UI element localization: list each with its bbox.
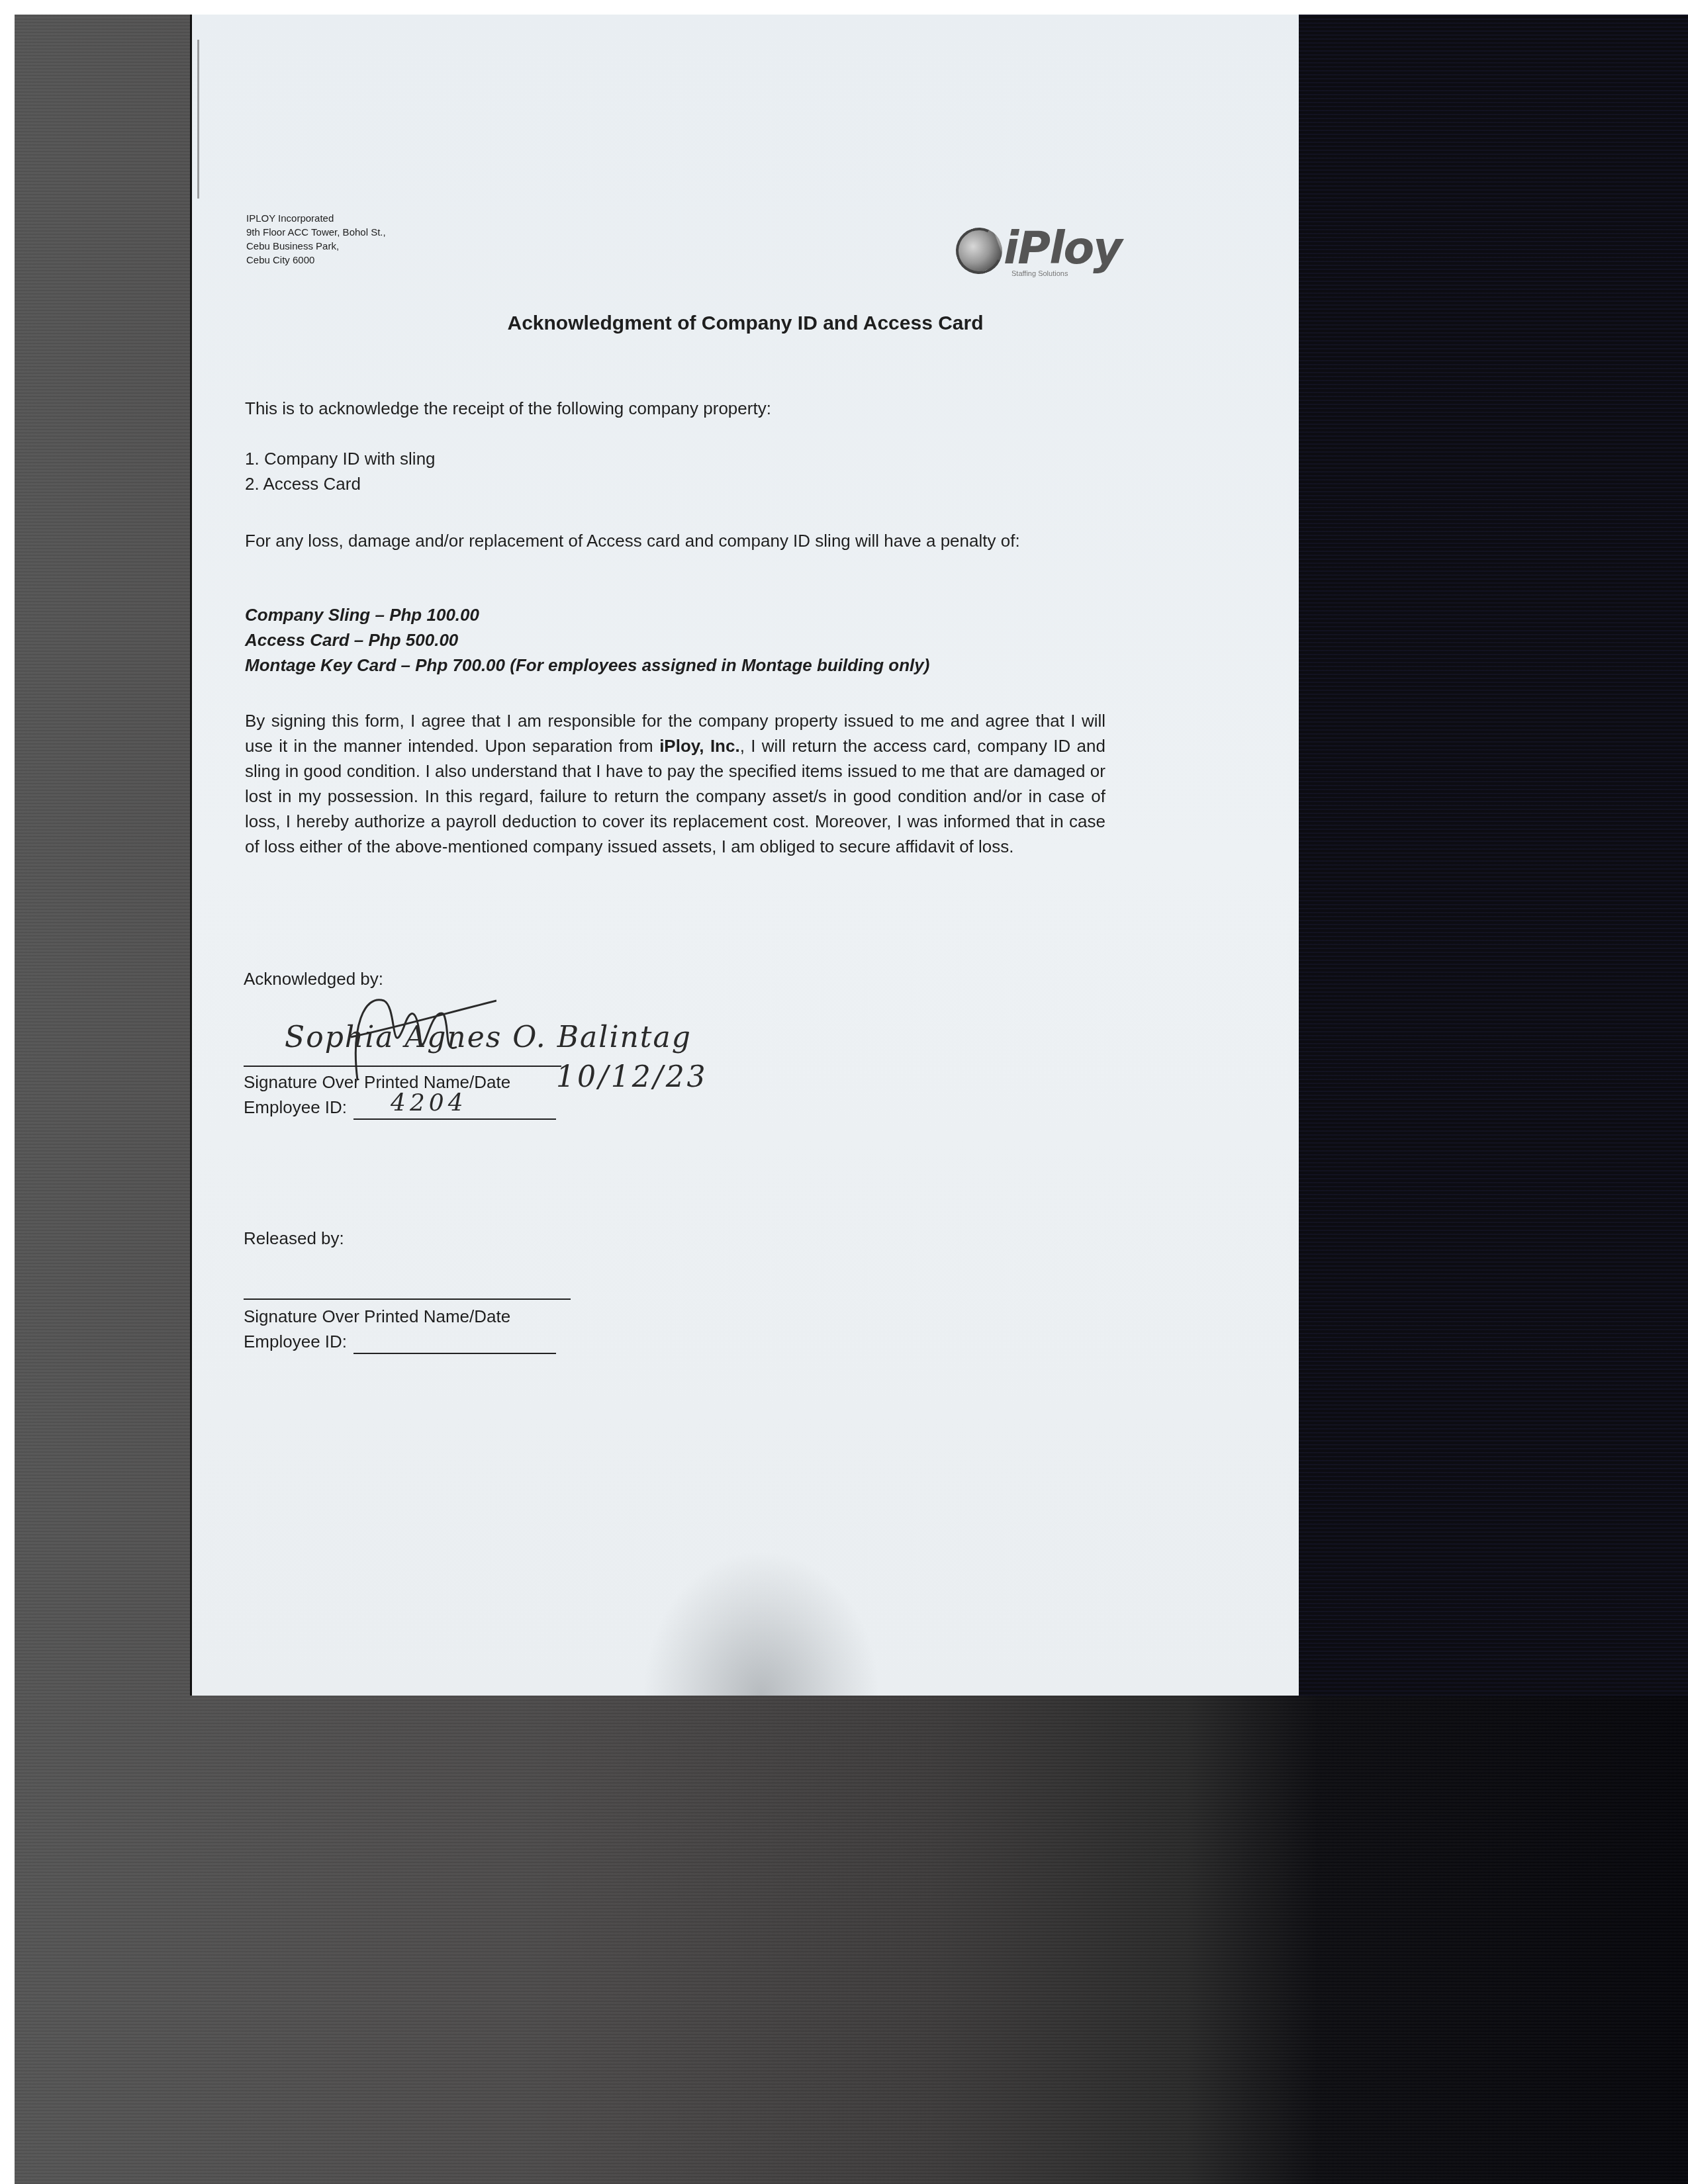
scanned-page: IPLOY Incorporated 9th Floor ACC Tower, …: [192, 15, 1299, 1696]
address-line: Cebu City 6000: [246, 253, 386, 267]
agreement-paragraph: By signing this form, I agree that I am …: [245, 708, 1105, 859]
handwritten-date: 10/12/23: [556, 1060, 708, 1094]
handwritten-name: Sophia Agnes O. Balintag: [285, 1021, 692, 1054]
handwritten-employee-id: 4204: [391, 1089, 467, 1116]
address-line: 9th Floor ACC Tower, Bohol St.,: [246, 226, 386, 240]
employee-id-label: Employee ID:: [244, 1095, 347, 1120]
address-line: IPLOY Incorporated: [246, 212, 386, 226]
property-list: 1. Company ID with sling 2. Access Card: [245, 446, 436, 496]
signature-line: [244, 1298, 571, 1300]
list-item: 2. Access Card: [245, 471, 436, 496]
paper-edge: [197, 40, 199, 199]
company-address: IPLOY Incorporated 9th Floor ACC Tower, …: [246, 212, 386, 267]
logo-tagline: Staffing Solutions: [1011, 270, 1068, 278]
address-line: Cebu Business Park,: [246, 240, 386, 253]
released-by-label: Released by:: [244, 1226, 344, 1251]
globe-icon: [949, 221, 1009, 281]
signature-caption: Signature Over Printed Name/Date: [244, 1069, 510, 1095]
intro-text: This is to acknowledge the receipt of th…: [245, 396, 771, 421]
list-item: 1. Company ID with sling: [245, 446, 436, 471]
scanner-background-dark: [1299, 15, 1688, 1696]
penalty-intro: For any loss, damage and/or replacement …: [245, 528, 1145, 553]
document-title: Acknowledgment of Company ID and Access …: [192, 312, 1299, 335]
signature-line: [244, 1066, 561, 1067]
penalty-item: Montage Key Card – Php 700.00 (For emplo…: [245, 653, 929, 678]
employee-id-label: Employee ID:: [244, 1329, 347, 1354]
penalty-list: Company Sling – Php 100.00 Access Card –…: [245, 602, 929, 678]
employee-id-line: [353, 1118, 556, 1120]
employee-id-line: [353, 1353, 556, 1354]
paper-fold-shadow: [642, 1550, 880, 1696]
signature-caption: Signature Over Printed Name/Date: [244, 1304, 510, 1329]
penalty-item: Access Card – Php 500.00: [245, 627, 929, 653]
company-name: iPloy, Inc.: [659, 736, 740, 756]
company-logo: iPloy Staffing Solutions: [952, 213, 1124, 286]
logo-wordmark: iPloy: [1004, 222, 1121, 275]
penalty-item: Company Sling – Php 100.00: [245, 602, 929, 627]
